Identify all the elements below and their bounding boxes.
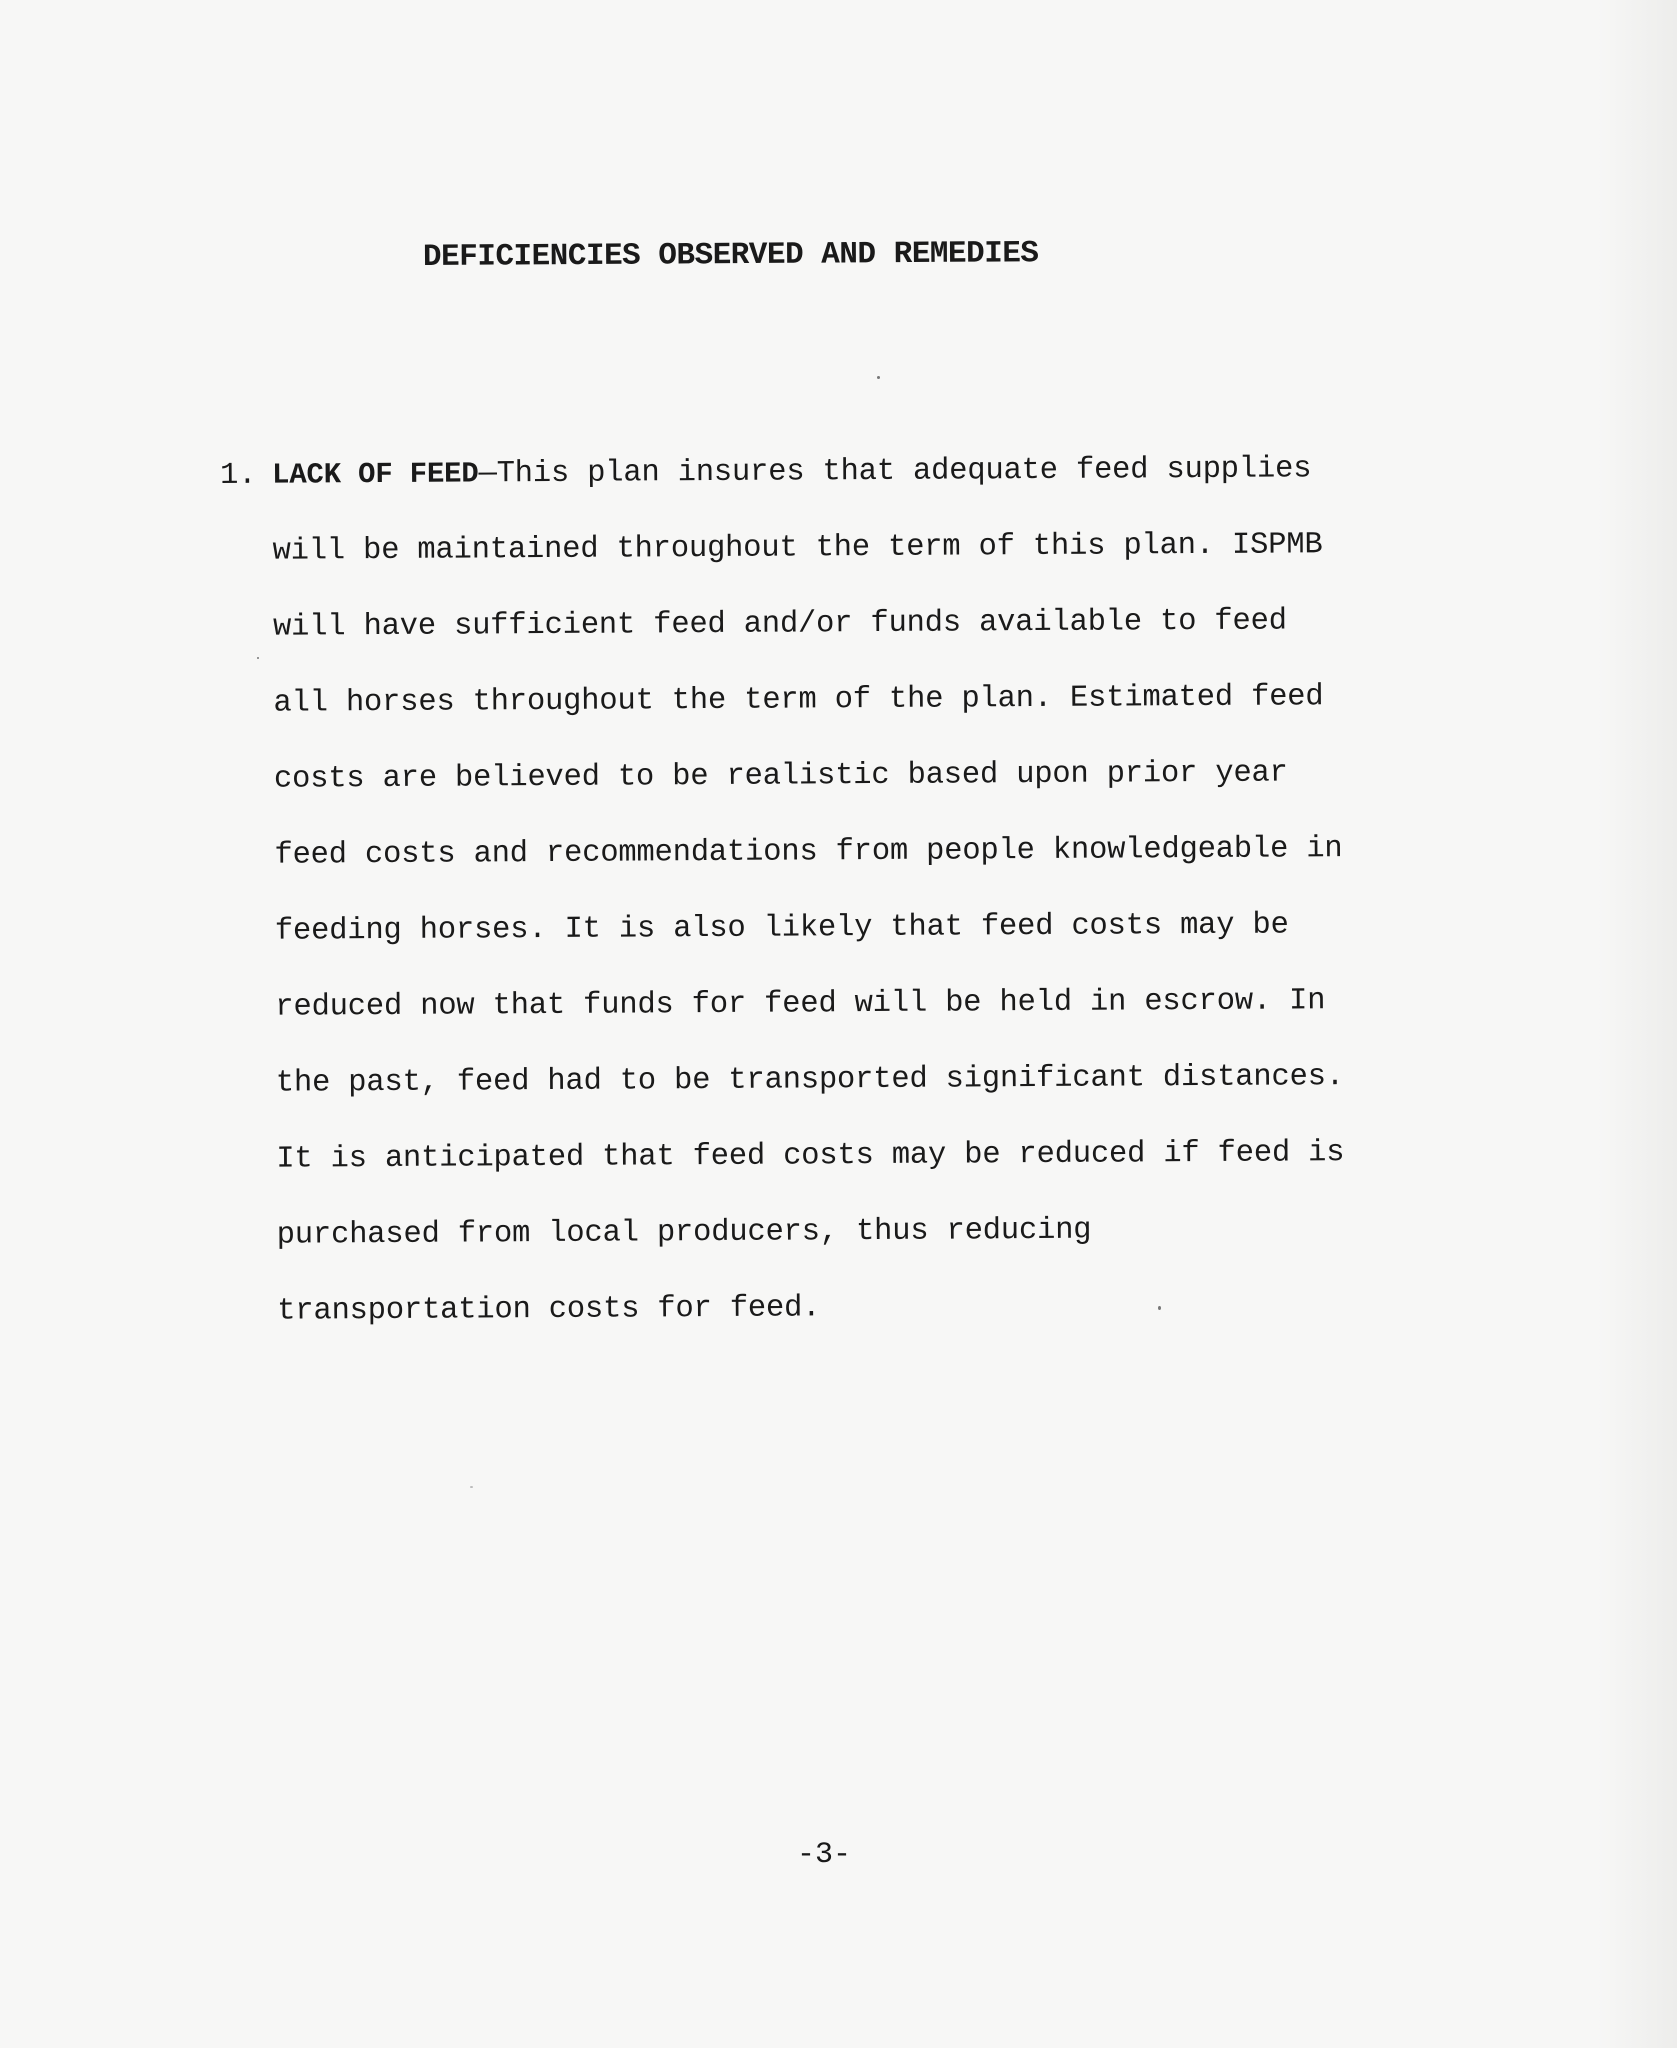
item-line: all horses throughout the term of the pl… <box>221 678 1481 762</box>
item-line: purchased from local producers, thus red… <box>225 1210 1485 1294</box>
document-title: DEFICIENCIES OBSERVED AND REMEDIES <box>423 236 1039 275</box>
scan-speck <box>257 657 259 659</box>
item-first-line: 1.LACK OF FEED—This plan insures that ad… <box>220 450 1480 534</box>
deficiency-item-lack-of-feed: 1.LACK OF FEED—This plan insures that ad… <box>220 450 1486 1370</box>
page-number: -3- <box>797 1838 851 1872</box>
item-line: will have sufficient feed and/or funds a… <box>221 602 1481 686</box>
scan-speck <box>470 1486 473 1488</box>
item-line: reduced now that funds for feed will be … <box>223 982 1483 1066</box>
item-line: will be maintained throughout the term o… <box>220 526 1480 610</box>
item-line: feeding horses. It is also likely that f… <box>223 906 1483 990</box>
item-heading: LACK OF FEED <box>272 457 479 491</box>
scan-speck <box>1158 1306 1161 1310</box>
item-line: costs are believed to be realistic based… <box>222 754 1482 838</box>
item-number: 1. <box>220 458 272 494</box>
page-edge-shadow <box>1597 0 1677 2048</box>
item-line: This plan insures that adequate feed sup… <box>497 452 1312 491</box>
item-line: transportation costs for feed. <box>225 1286 1485 1370</box>
item-line: It is anticipated that feed costs may be… <box>224 1134 1484 1218</box>
scan-speck <box>877 376 880 379</box>
item-dash: — <box>478 457 496 491</box>
item-line: feed costs and recommendations from peop… <box>222 830 1482 914</box>
item-line: the past, feed had to be transported sig… <box>224 1058 1484 1142</box>
